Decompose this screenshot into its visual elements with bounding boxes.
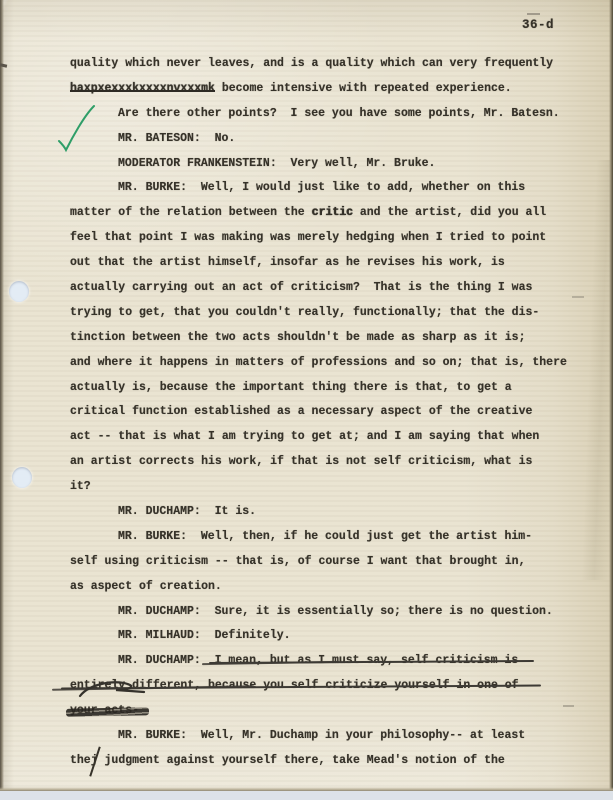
line-text: quality which never leaves, and is a qua… — [70, 57, 553, 70]
line-text: tinction between the two acts shouldn't … — [70, 331, 525, 344]
line-text: MR. MILHAUD: Definitely. — [118, 629, 291, 642]
typed-strike-text: haxpxexxxkxxxxnvxxxmk — [70, 82, 215, 95]
document-line: actually carrying out an act of criticis… — [70, 276, 575, 301]
document-line: MR. DUCHAMP: I mean, but as I must say, … — [70, 649, 575, 674]
typewritten-lines: quality which never leaves, and is a qua… — [70, 52, 575, 774]
line-text: matter of the relation between the — [70, 206, 312, 219]
line-text: act -- that is what I am trying to get a… — [70, 430, 539, 443]
document-line: matter of the relation between the criti… — [70, 201, 575, 226]
document-line: Are there other points? I see you have s… — [70, 102, 575, 127]
document-line: MR. BURKE: Well, Mr. Duchamp in your phi… — [70, 724, 575, 749]
document-line: MR. DUCHAMP: It is. — [70, 500, 575, 525]
line-text: actually carrying out an act of criticis… — [70, 281, 532, 294]
document-line: haxpxexxxkxxxxnvxxxmk become intensive w… — [70, 77, 575, 102]
line-text: feel that point I was making was merely … — [70, 231, 546, 244]
document-line: MR. BURKE: Well, I would just like to ad… — [70, 176, 575, 201]
line-text: MR. BATESON: No. — [118, 132, 235, 145]
page-number: 36-d — [522, 18, 554, 32]
document-line: act -- that is what I am trying to get a… — [70, 425, 575, 450]
document-line: MR. MILHAUD: Definitely. — [70, 624, 575, 649]
line-text: self using criticism -- that is, of cour… — [70, 555, 525, 568]
document-line: and where it happens in matters of profe… — [70, 351, 575, 376]
line-text: become intensive with repeated experienc… — [215, 82, 512, 95]
line-text: and the artist, did you all — [353, 206, 546, 219]
pen-strike-text: I mean, but as I must say, self criticis… — [215, 654, 519, 667]
line-text: MODERATOR FRANKENSTEIN: Very well, Mr. B… — [118, 157, 435, 170]
line-text: MR. BURKE: Well, then, if he could just … — [118, 530, 532, 543]
document-line: actually is, because the important thing… — [70, 376, 575, 401]
line-text: the — [70, 754, 91, 767]
paper-edge-right — [609, 0, 613, 791]
line-text: MR. DUCHAMP: It is. — [118, 505, 256, 518]
document-line: an artist corrects his work, if that is … — [70, 450, 575, 475]
document-line: tinction between the two acts shouldn't … — [70, 326, 575, 351]
document-line: as aspect of creation. — [70, 575, 575, 600]
line-text: out that the artist himself, insofar as … — [70, 256, 505, 269]
scribble-text: your acts- — [70, 704, 139, 717]
line-text: MR. DUCHAMP: Sure, it is essentially so;… — [118, 605, 553, 618]
document-line: thej judgment against yourself there, ta… — [70, 749, 575, 774]
line-text: MR. DUCHAMP: — [118, 654, 215, 667]
line-text: it? — [70, 480, 91, 493]
line-text: trying to get, that you couldn't really,… — [70, 306, 539, 319]
document-line: quality which never leaves, and is a qua… — [70, 52, 575, 77]
line-text: MR. BURKE: Well, I would just like to ad… — [118, 181, 525, 194]
document-line: critical function established as a neces… — [70, 400, 575, 425]
document-line: MR. BATESON: No. — [70, 127, 575, 152]
line-text: Are there other points? I see you have s… — [118, 107, 560, 120]
slashed-text: j — [91, 749, 98, 774]
punch-hole — [9, 281, 29, 302]
overstrike-text: critic — [312, 206, 353, 219]
document-line: feel that point I was making was merely … — [70, 226, 575, 251]
document-line: it? — [70, 475, 575, 500]
punch-hole — [12, 467, 32, 488]
pen-scribble-loop — [76, 679, 148, 699]
line-text: as aspect of creation. — [70, 580, 222, 593]
line-text: MR. BURKE: Well, Mr. Duchamp in your phi… — [118, 729, 525, 742]
document-line: trying to get, that you couldn't really,… — [70, 301, 575, 326]
document-line: MR. DUCHAMP: Sure, it is essentially so;… — [70, 600, 575, 625]
document-line: out that the artist himself, insofar as … — [70, 251, 575, 276]
pencil-dash — [527, 13, 540, 15]
scanner-background — [0, 791, 613, 800]
document-line: MR. BURKE: Well, then, if he could just … — [70, 525, 575, 550]
line-text: and where it happens in matters of profe… — [70, 356, 567, 369]
line-text: judgment against yourself there, take Me… — [98, 754, 505, 767]
line-text: actually is, because the important thing… — [70, 381, 512, 394]
line-text: critical function established as a neces… — [70, 405, 532, 418]
paper-edge-left — [0, 0, 4, 791]
line-text: an artist corrects his work, if that is … — [70, 455, 532, 468]
document-line: self using criticism -- that is, of cour… — [70, 550, 575, 575]
document-line: your acts- — [70, 699, 575, 724]
document-line: MODERATOR FRANKENSTEIN: Very well, Mr. B… — [70, 152, 575, 177]
